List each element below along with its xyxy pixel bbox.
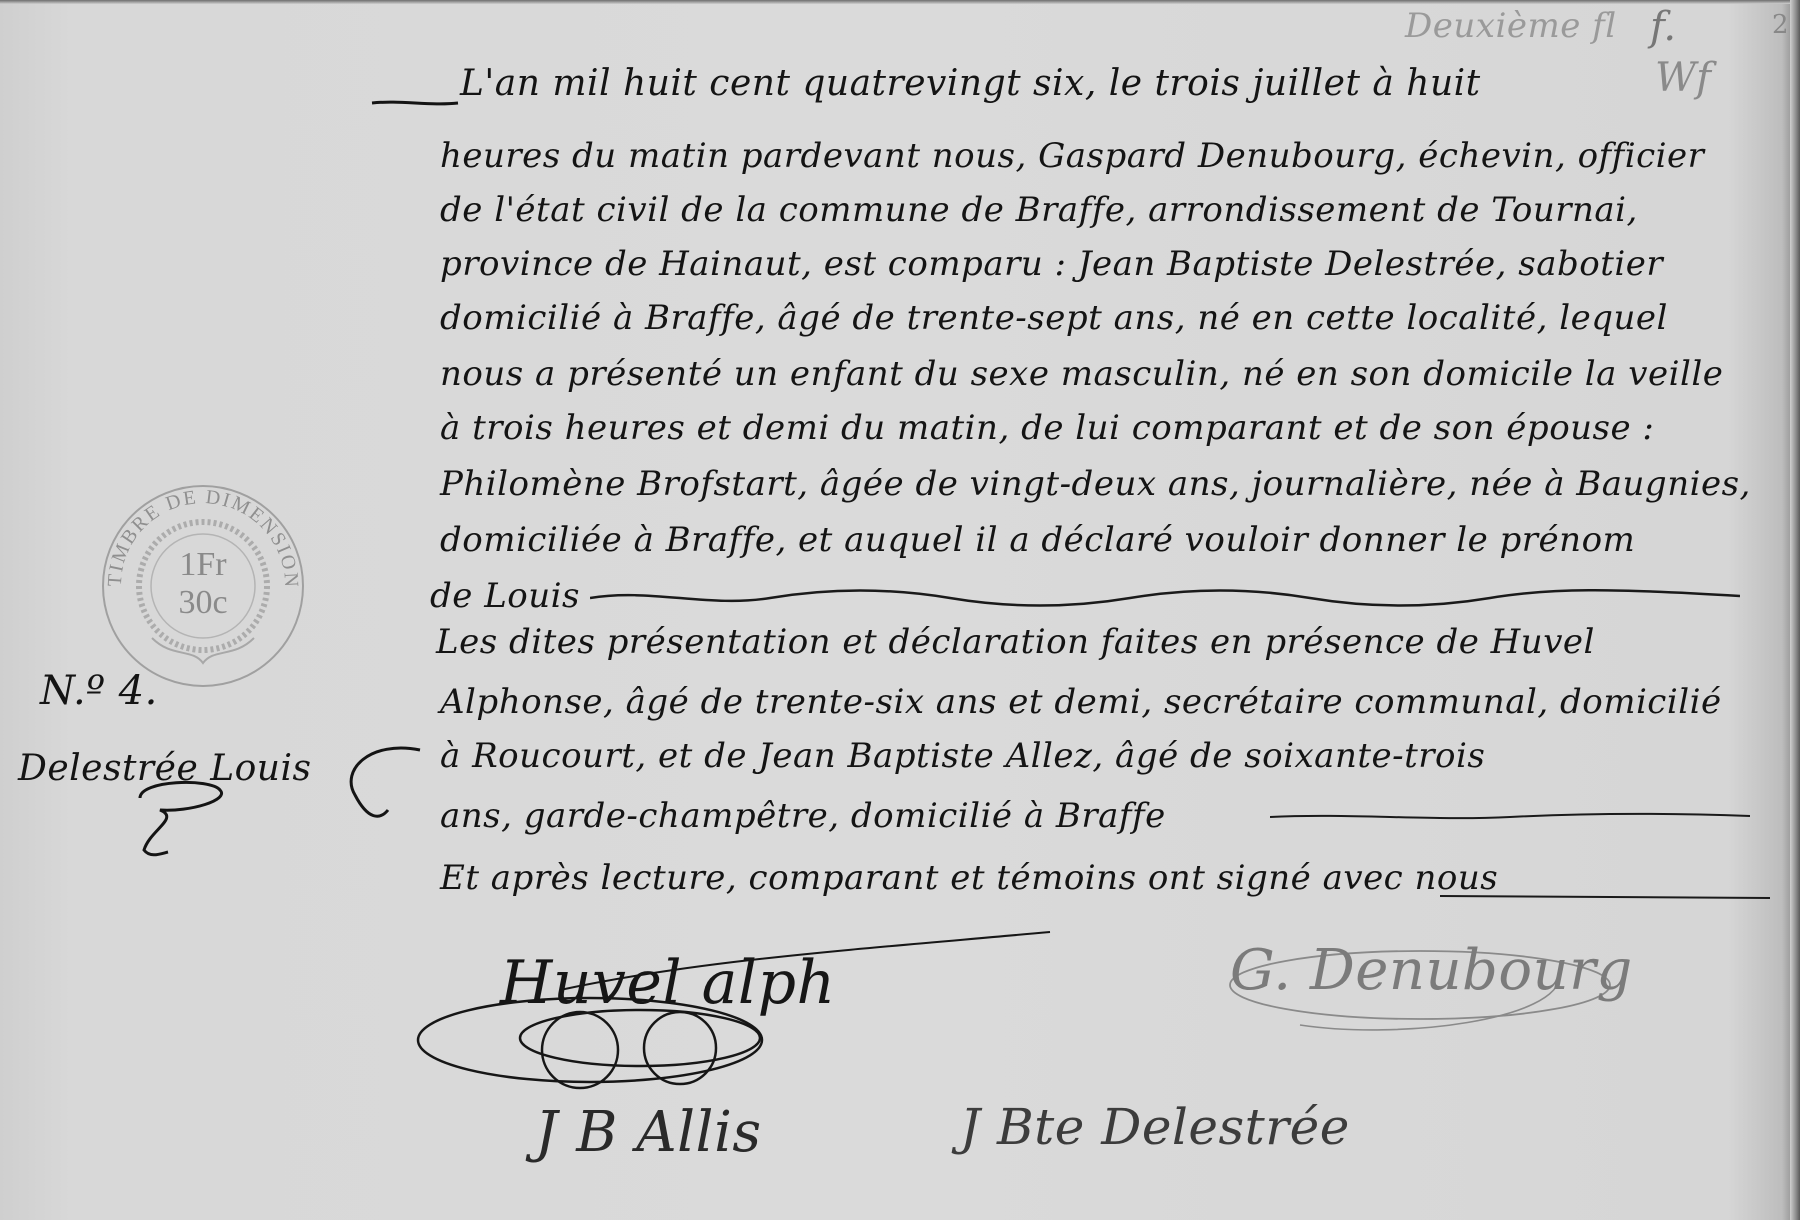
signature-witness-2: J B Allis [535, 1100, 762, 1165]
line-filler-rule-icon [1270, 810, 1750, 824]
line-filler-wavy-icon [590, 588, 1740, 608]
body-line-9: domiciliée à Braffe, et auquel il a décl… [440, 520, 1635, 560]
page-binding-edge [1790, 0, 1800, 1220]
folio-mark: f. [1650, 4, 1676, 50]
revenue-stamp: TIMBRE DE DIMENSION 1Fr 30c [92, 478, 314, 688]
stamp-value-francs: 1Fr [92, 546, 314, 584]
body-line-5: domicilié à Braffe, âgé de trente-sept a… [440, 298, 1668, 338]
signature-officer: G. Denubourg [1230, 938, 1633, 1003]
opening-flourish-icon [370, 98, 460, 108]
body-line-13: à Roucourt, et de Jean Baptiste Allez, â… [440, 736, 1485, 776]
entry-number: N.º 4. [40, 668, 158, 714]
body-line-11: Les dites présentation et déclaration fa… [436, 622, 1595, 662]
body-line-6: nous a présenté un enfant du sexe mascul… [440, 354, 1723, 394]
body-line-1: L'an mil huit cent quatrevingt six, le t… [460, 64, 1481, 104]
signature-witness-1: Huvel alph [500, 948, 836, 1018]
stamp-value-centimes: 30c [92, 584, 314, 622]
page-number: 2 [1772, 10, 1789, 40]
body-line-3: de l'état civil de la commune de Braffe,… [440, 190, 1638, 230]
body-line-7: à trois heures et demi du matin, de lui … [440, 408, 1654, 448]
signature-declarant: J Bte Delestrée [960, 1098, 1350, 1156]
body-line-10: de Louis [430, 576, 580, 616]
body-line-4: province de Hainaut, est comparu : Jean … [440, 244, 1663, 284]
page-top-edge [0, 0, 1800, 4]
margin-flourish-icon [120, 740, 440, 880]
marginal-initials: Wf [1655, 55, 1711, 101]
body-line-2: heures du matin pardevant nous, Gaspard … [440, 136, 1704, 176]
closing-rule-icon [1440, 890, 1770, 904]
body-line-15: Et après lecture, comparant et témoins o… [440, 858, 1498, 898]
register-page: Deuxième fl f. Wf 2 L'an mil huit cent q… [0, 0, 1800, 1220]
body-line-12: Alphonse, âgé de trente-six ans et demi,… [440, 682, 1722, 722]
body-line-14: ans, garde-champêtre, domicilié à Braffe [440, 796, 1166, 836]
body-line-8: Philomène Brofstart, âgée de vingt-deux … [440, 464, 1751, 504]
pencil-annotation: Deuxième fl [1405, 6, 1617, 46]
